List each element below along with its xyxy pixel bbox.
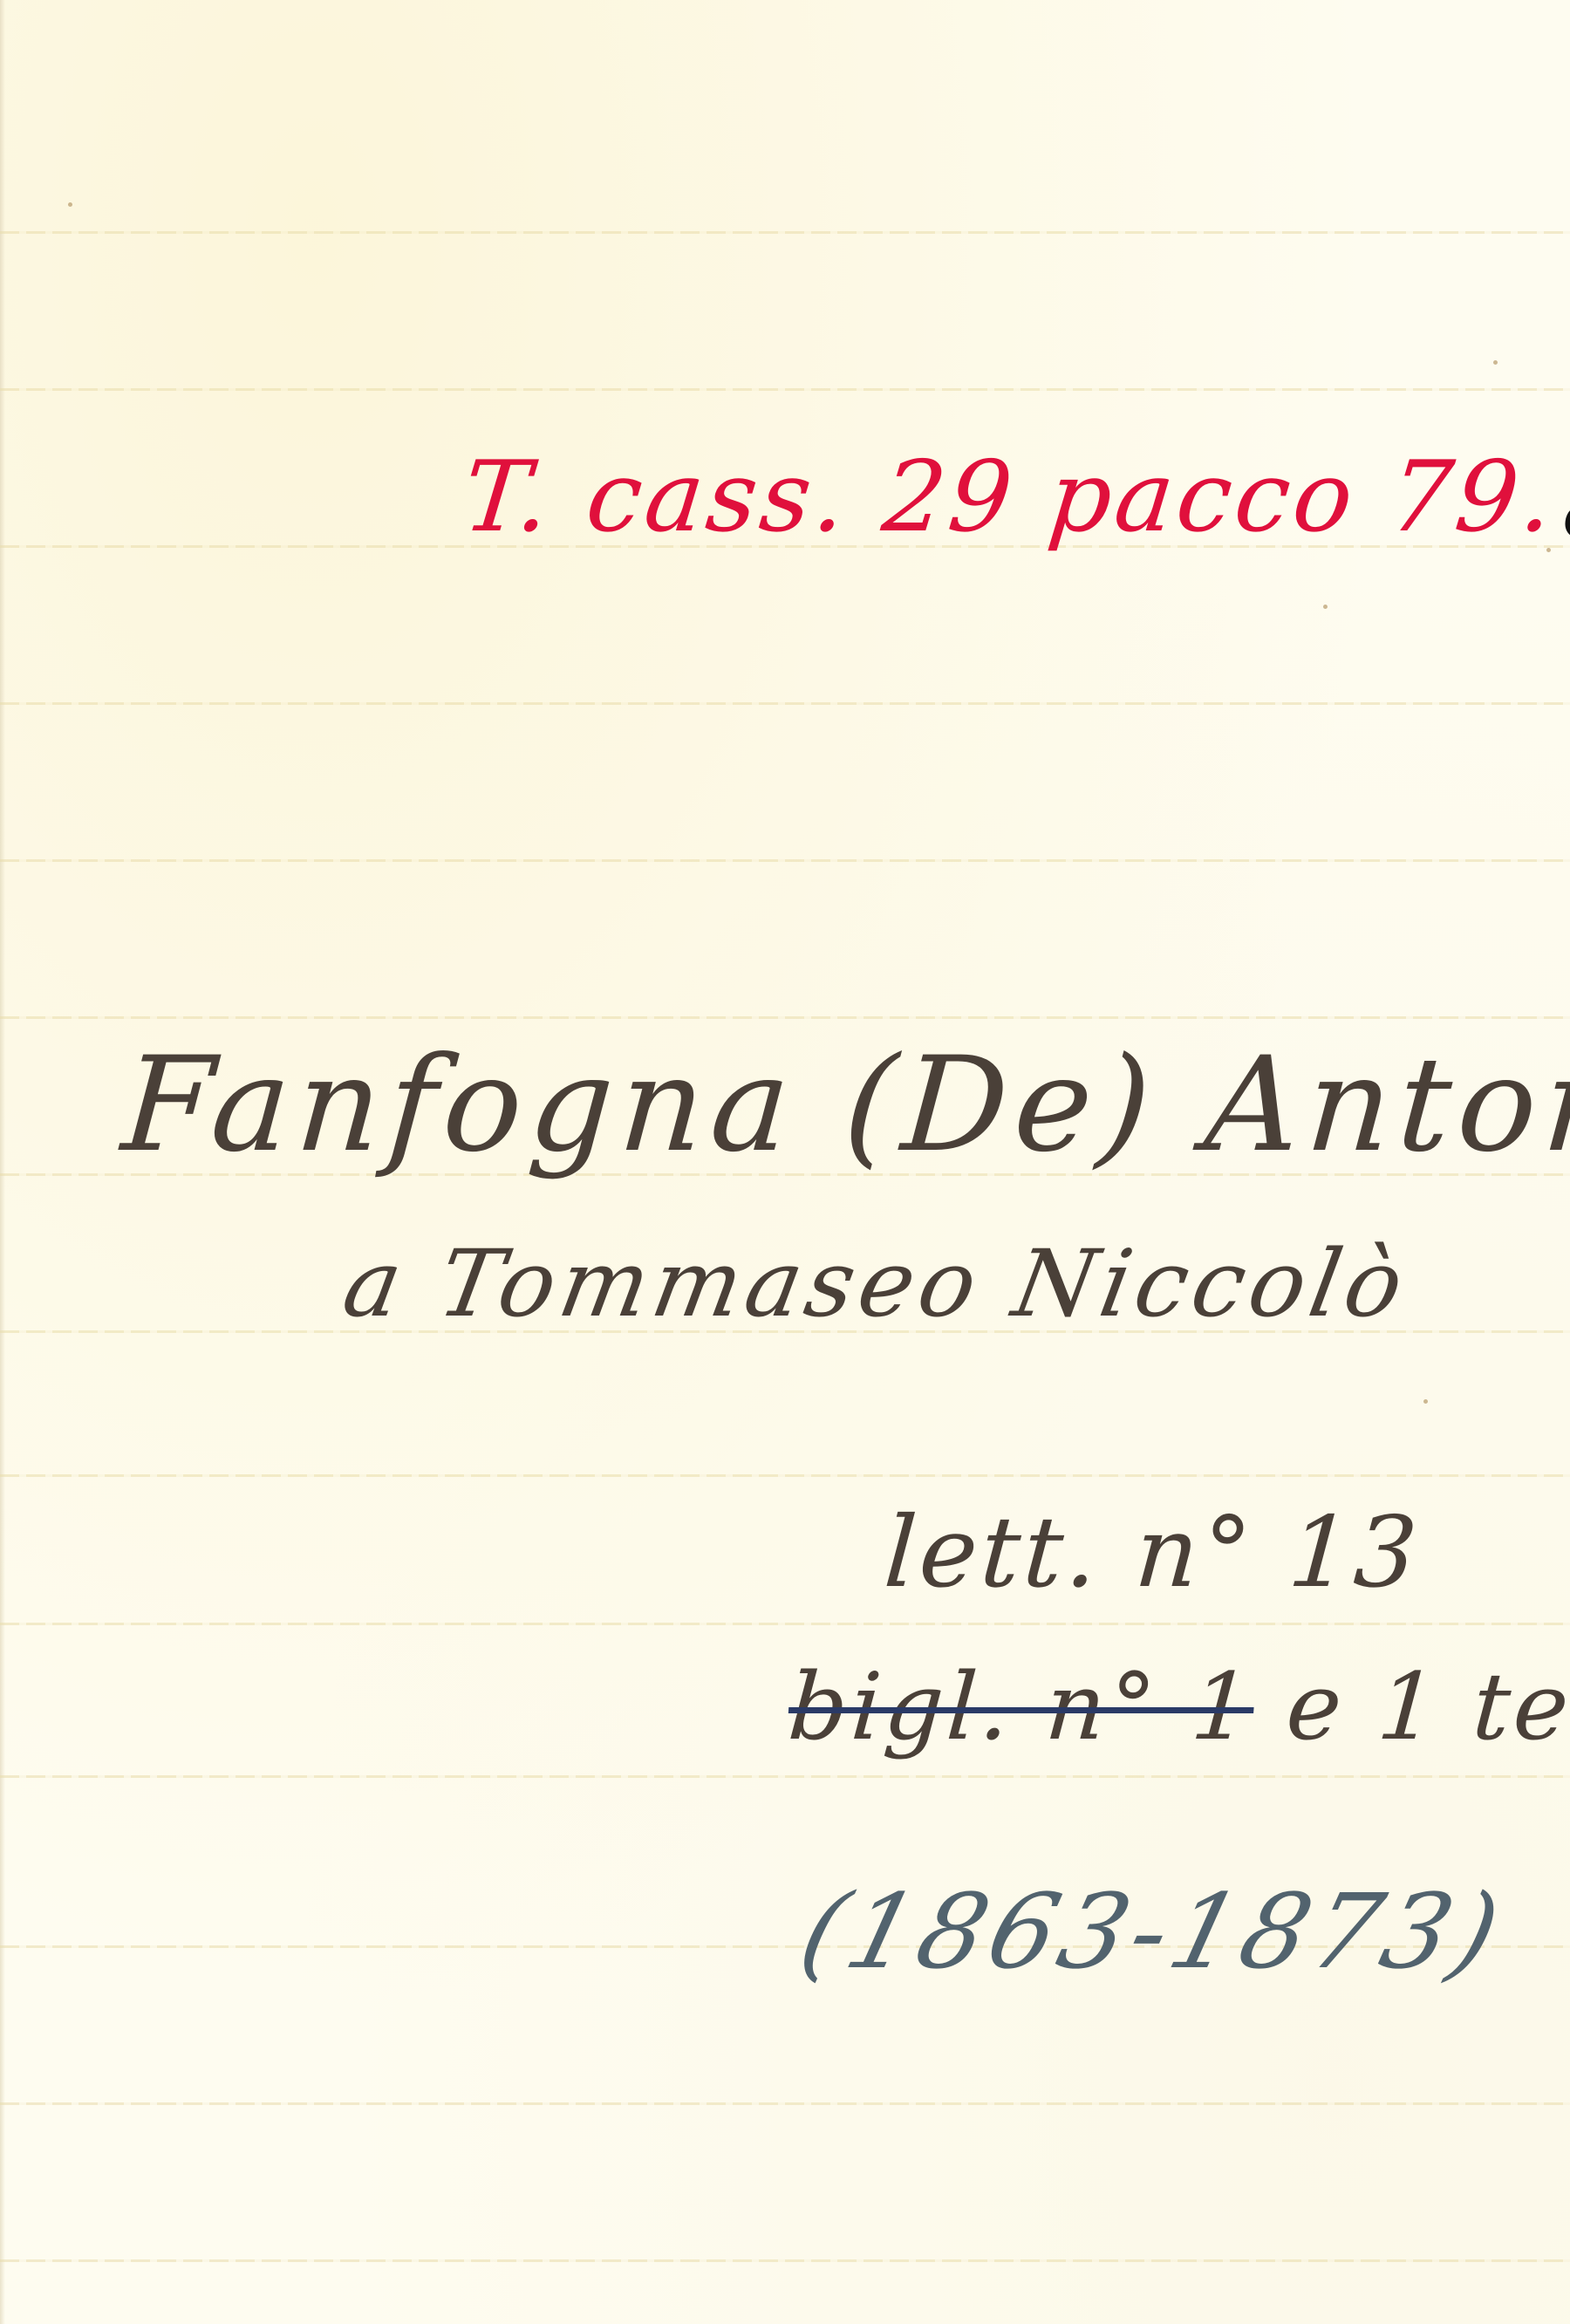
ruled-line bbox=[0, 1016, 1570, 1019]
enclosure-remaining-text: e 1 tel. bbox=[1250, 1653, 1570, 1760]
paper-speck bbox=[68, 202, 72, 207]
ruled-line bbox=[0, 702, 1570, 705]
card-edge-shadow bbox=[0, 0, 5, 2324]
archive-index-card: T. cass. 29 pacco 79.8 Fanfogna (De) Ant… bbox=[0, 0, 1570, 2324]
ruled-line bbox=[0, 2102, 1570, 2105]
paper-speck bbox=[1546, 548, 1551, 552]
enclosure-note: bigl. n° 1 e 1 tel. bbox=[785, 1653, 1570, 1760]
paper-speck bbox=[1323, 605, 1328, 609]
sender-name: Fanfogna (De) Antonio. bbox=[118, 1029, 1570, 1181]
ruled-line bbox=[0, 388, 1570, 391]
shelfmark-red-text: T. cass. 29 pacco 79. bbox=[458, 441, 1562, 554]
shelfmark: T. cass. 29 pacco 79.8 bbox=[458, 441, 1570, 554]
ruled-line bbox=[0, 231, 1570, 234]
struck-through-text: bigl. n° 1 bbox=[785, 1653, 1258, 1760]
ruled-line bbox=[0, 1623, 1570, 1625]
paper-speck bbox=[1493, 360, 1498, 365]
ruled-line bbox=[0, 1474, 1570, 1477]
date-range: (1863-1873) bbox=[789, 1871, 1516, 1992]
recipient-name: a Tommaseo Niccolò bbox=[336, 1230, 1416, 1337]
ruled-line bbox=[0, 2259, 1570, 2262]
paper-speck bbox=[1423, 1399, 1428, 1404]
ruled-line bbox=[0, 1775, 1570, 1778]
letter-count: lett. n° 13 bbox=[881, 1496, 1424, 1610]
ruled-line bbox=[0, 859, 1570, 862]
